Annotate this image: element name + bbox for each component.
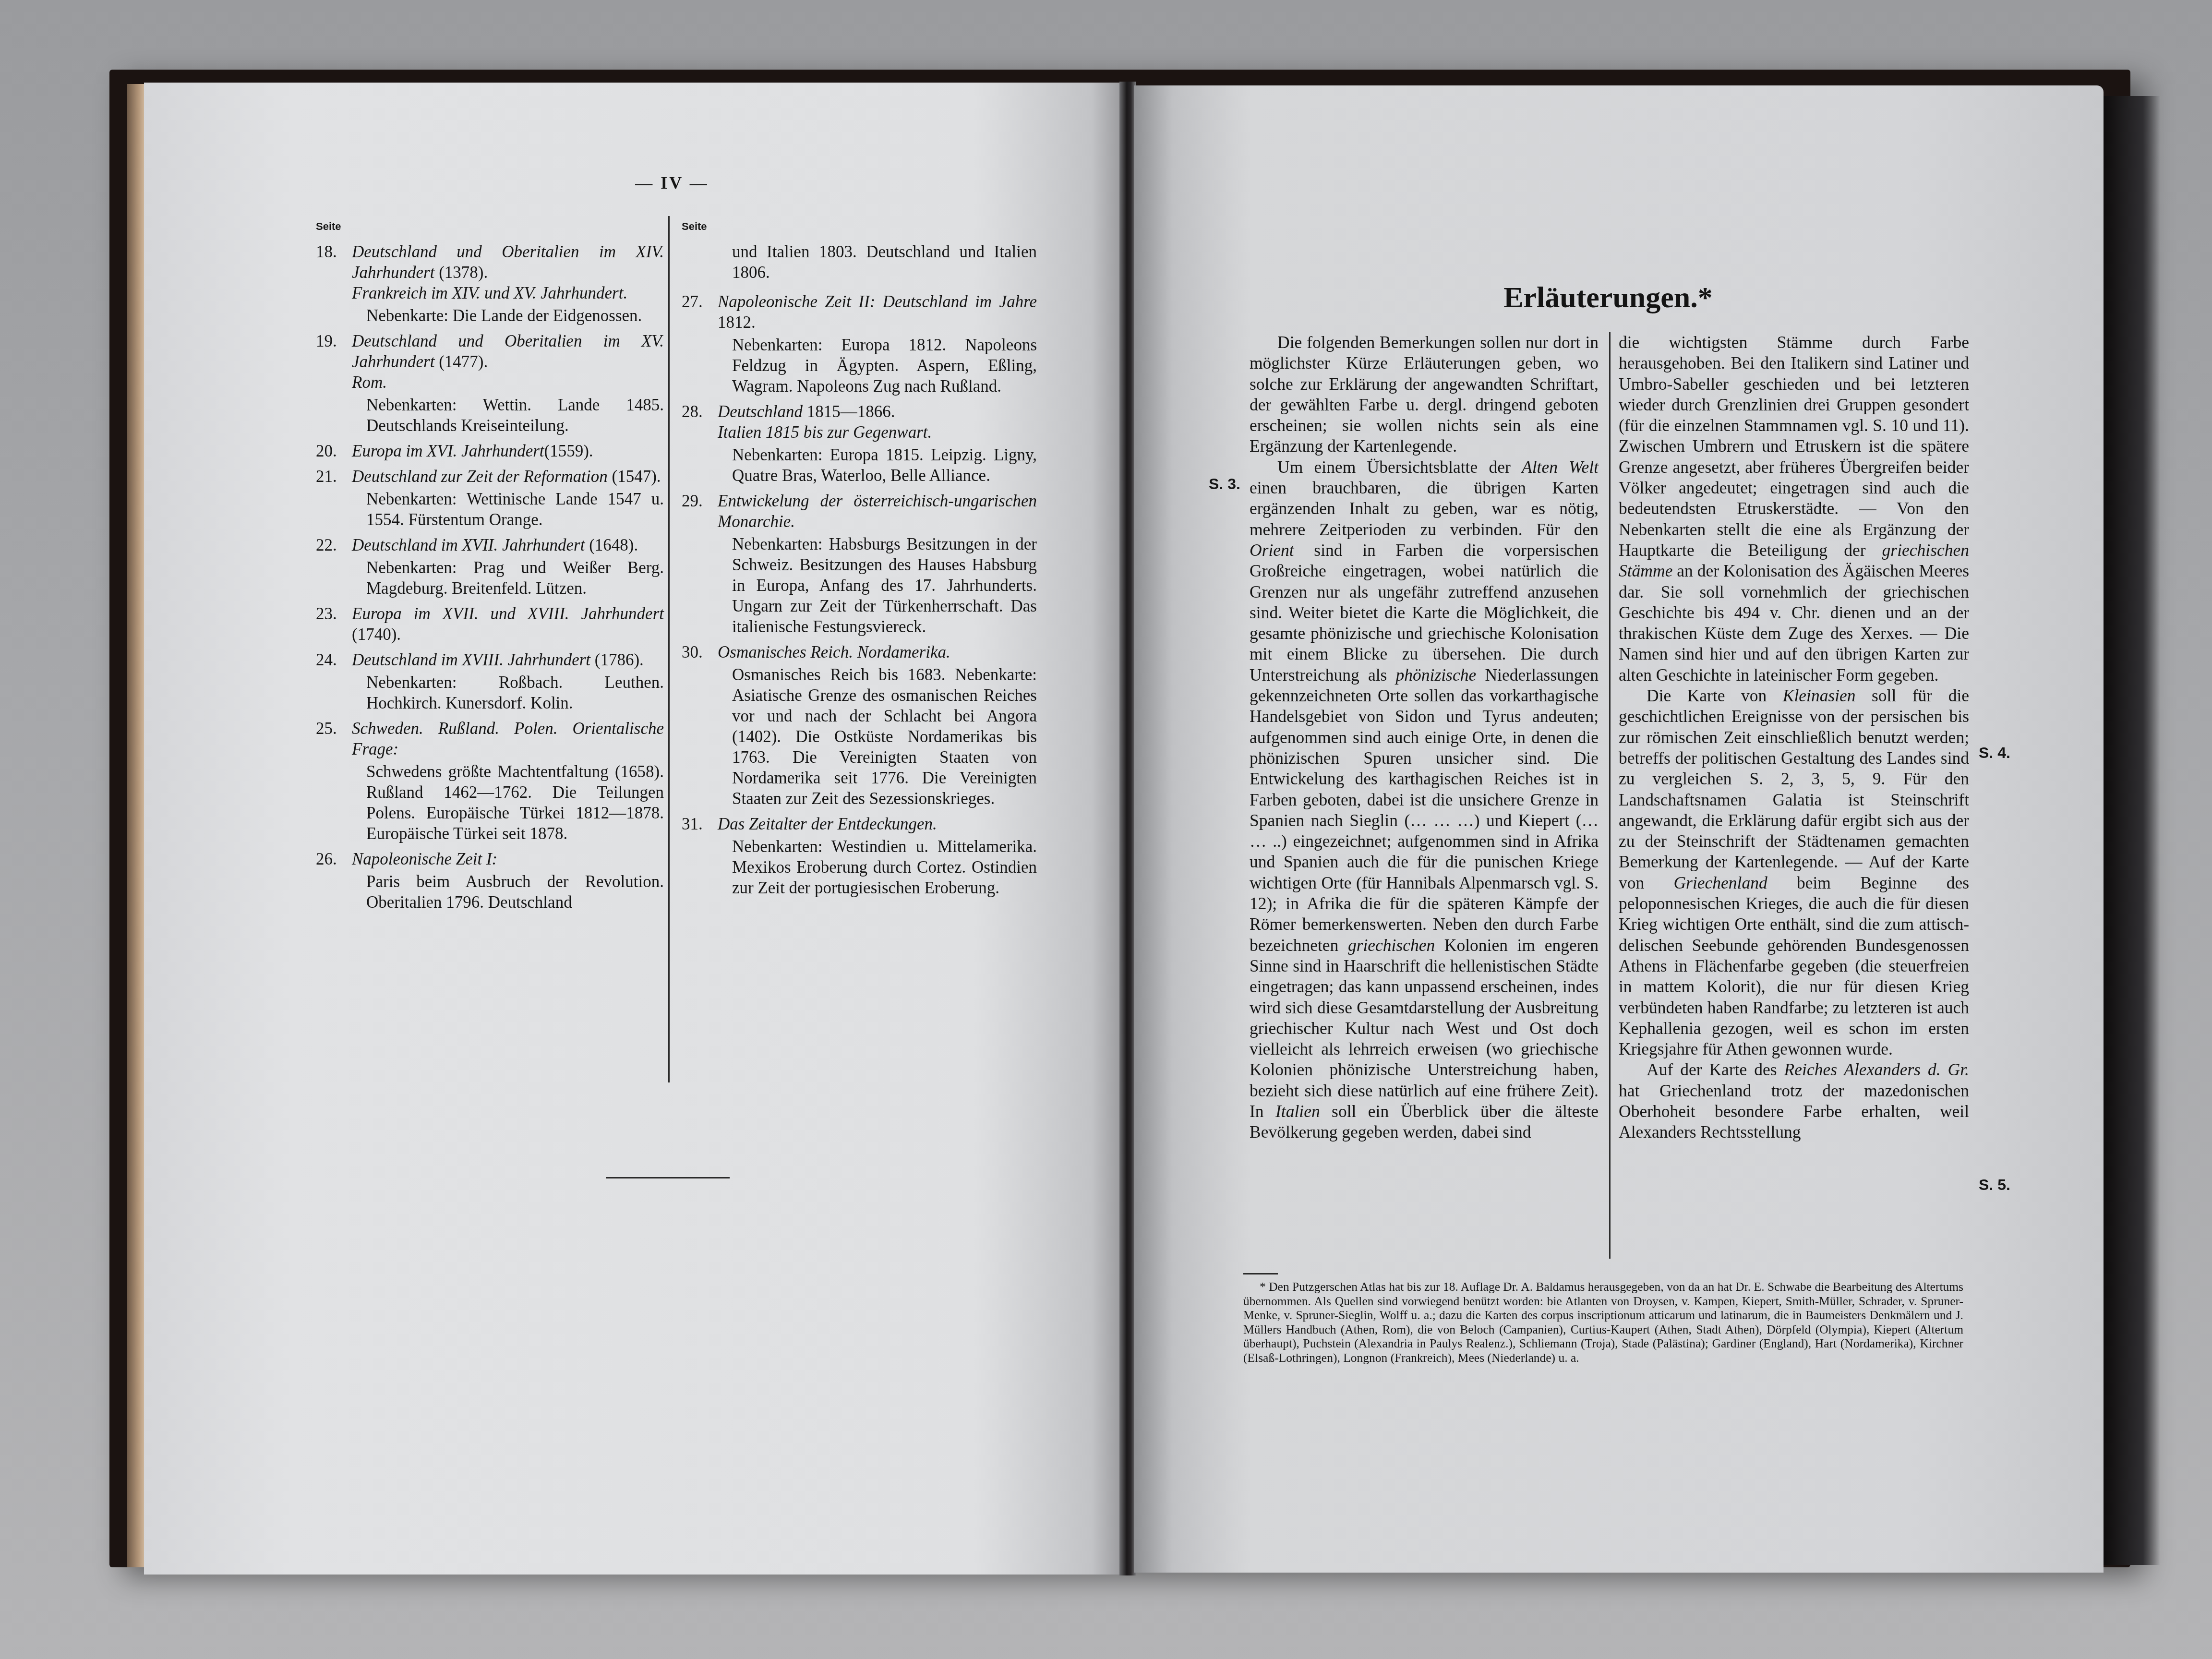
- entry-title: Deutschland im XVIII. Jahrhundert: [352, 650, 590, 669]
- entry-subtext: Nebenkarten: Roßbach. Leuthen. Hochkirch…: [352, 672, 664, 713]
- toc-entry-23: 23. Europa im XVII. und XVIII. Jahrhunde…: [316, 603, 664, 645]
- entry-subtext: Nebenkarten: Prag und Weißer Berg. Magde…: [352, 557, 664, 599]
- toc-entry-22: 22. Deutschland im XVII. Jahrhundert (16…: [316, 535, 664, 599]
- footnote-rule: [1243, 1273, 1278, 1274]
- paragraph-alte-welt: Um einem Übersichtsblatte der Alten Welt…: [1250, 457, 1599, 1143]
- margin-note-s5: S. 5.: [1979, 1176, 2010, 1194]
- entry-title: Deutschland zur Zeit der Reformation: [352, 467, 608, 486]
- toc-entry-27: 27. Napoleonische Zeit II: Deutschland i…: [682, 291, 1037, 397]
- seite-label: Seite: [316, 216, 664, 237]
- paragraph-kleinasien: Die Karte von Kleinasien soll für die ge…: [1619, 685, 1969, 1059]
- toc-entry-28: 28. Deutschland 1815—1866. Italien 1815 …: [682, 401, 1037, 486]
- entry-number: 20.: [316, 441, 337, 461]
- entry-title-2: Italien 1815 bis zur Gegenwart.: [718, 422, 1037, 443]
- toc-entry-21: 21. Deutschland zur Zeit der Reformation…: [316, 466, 664, 530]
- page-number: — IV —: [634, 173, 710, 193]
- entry-number: 30.: [682, 642, 703, 662]
- margin-note-s3: S. 3.: [1209, 475, 1240, 493]
- toc-entry-29: 29. Entwickelung der österreichisch-unga…: [682, 491, 1037, 637]
- entry-title: Das Zeitalter der Entdeckungen.: [718, 814, 1037, 834]
- entry-title: Napoleonische Zeit II: Deutschland im Ja…: [718, 292, 1037, 311]
- toc-entry-30: 30. Osmanisches Reich. Nordamerika. Osma…: [682, 642, 1037, 809]
- entry-title: Europa im XVII. und XVIII. Jahrhundert: [352, 604, 664, 623]
- entry-subtext: Nebenkarten: Europa 1812. Napoleons Feld…: [718, 335, 1037, 397]
- entry-subtext: Nebenkarte: Die Lande der Eidgenossen.: [352, 305, 664, 326]
- cover-edge-shadow: [2103, 96, 2160, 1565]
- entry-title-2: Frankreich im XIV. und XV. Jahrhundert.: [352, 283, 664, 303]
- entry-number: 27.: [682, 291, 703, 312]
- entry-subtext: Nebenkarten: Habsburgs Besitzungen in de…: [718, 534, 1037, 637]
- page-block-edge: [127, 84, 146, 1567]
- entry-number: 18.: [316, 241, 337, 262]
- entry-title: Deutschland im XVII. Jahrhundert: [352, 536, 585, 554]
- end-rule: [606, 1177, 730, 1178]
- toc-entry-25: 25. Schweden. Rußland. Polen. Orientalis…: [316, 718, 664, 844]
- footnote: * Den Putzgerschen Atlas hat bis zur 18.…: [1243, 1280, 1963, 1365]
- toc-entry-20: 20. Europa im XVI. Jahrhundert(1559).: [316, 441, 664, 461]
- seite-label: Seite: [682, 216, 1037, 237]
- entry-title: Deutschland: [718, 402, 803, 421]
- entry-number: 24.: [316, 649, 337, 670]
- text-column-2: die wichtigsten Stämme durch Farbe herau…: [1619, 332, 1969, 1143]
- entry-number: 21.: [316, 466, 337, 487]
- entry-title: Napoleonische Zeit I:: [352, 849, 664, 869]
- toc-column-1: Seite 18. Deutschland und Oberitalien im…: [316, 216, 664, 917]
- text-column-1: Die folgenden Bemerkungen sollen nur dor…: [1250, 332, 1599, 1143]
- entry-number: 31.: [682, 814, 703, 834]
- entry-continuation: und Italien 1803. Deutschland und Italie…: [682, 241, 1037, 283]
- toc-entry-26: 26. Napoleonische Zeit I: Paris beim Aus…: [316, 849, 664, 913]
- entry-title-2: Rom.: [352, 372, 664, 393]
- paragraph-alexander: Auf der Karte des Reiches Alexanders d. …: [1619, 1059, 1969, 1142]
- entry-subtext: Nebenkarten: Westindien u. Mittelamerika…: [718, 836, 1037, 898]
- entry-number: 25.: [316, 718, 337, 739]
- entry-subtext: Osmanisches Reich bis 1683. Nebenkarte: …: [718, 664, 1037, 809]
- entry-title: Schweden. Rußland. Polen. Orientalische …: [352, 718, 664, 759]
- toc-entry-31: 31. Das Zeitalter der Entdeckungen. Nebe…: [682, 814, 1037, 898]
- column-divider: [668, 216, 670, 1082]
- margin-note-s4: S. 4.: [1979, 744, 2010, 762]
- entry-subtext: Nebenkarten: Europa 1815. Leipzig. Ligny…: [718, 445, 1037, 486]
- entry-title: Deutschland und Oberitalien im XIV. Jahr…: [352, 242, 664, 282]
- entry-title: Osmanisches Reich. Nordamerika.: [718, 642, 1037, 662]
- entry-title: Deutschland und Oberitalien im XV. Jahrh…: [352, 332, 664, 371]
- entry-number: 19.: [316, 331, 337, 351]
- book-gutter: [1119, 82, 1136, 1575]
- paragraph-italiker: die wichtigsten Stämme durch Farbe herau…: [1619, 332, 1969, 685]
- entry-title: Europa im XVI. Jahrhundert: [352, 442, 544, 460]
- toc-entry-18: 18. Deutschland und Oberitalien im XIV. …: [316, 241, 664, 326]
- entry-subtext: Paris beim Ausbruch der Revolution. Ober…: [352, 871, 664, 913]
- entry-subtext: Schwedens größte Machtentfaltung (1658).…: [352, 761, 664, 844]
- entry-number: 22.: [316, 535, 337, 555]
- entry-number: 29.: [682, 491, 703, 511]
- paragraph-intro: Die folgenden Bemerkungen sollen nur dor…: [1250, 332, 1599, 457]
- section-heading: Erläuterungen.*: [1440, 281, 1776, 315]
- toc-column-2: Seite und Italien 1803. Deutschland und …: [682, 216, 1037, 903]
- toc-entry-19: 19. Deutschland und Oberitalien im XV. J…: [316, 331, 664, 436]
- entry-subtext: Nebenkarten: Wettinische Lande 1547 u. 1…: [352, 489, 664, 530]
- entry-number: 28.: [682, 401, 703, 422]
- entry-title: Entwickelung der österreichisch-ungarisc…: [718, 491, 1037, 532]
- entry-number: 23.: [316, 603, 337, 624]
- entry-subtext: Nebenkarten: Wettin. Lande 1485. Deutsch…: [352, 395, 664, 436]
- toc-entry-24: 24. Deutschland im XVIII. Jahrhundert (1…: [316, 649, 664, 713]
- column-divider: [1609, 332, 1611, 1259]
- entry-number: 26.: [316, 849, 337, 869]
